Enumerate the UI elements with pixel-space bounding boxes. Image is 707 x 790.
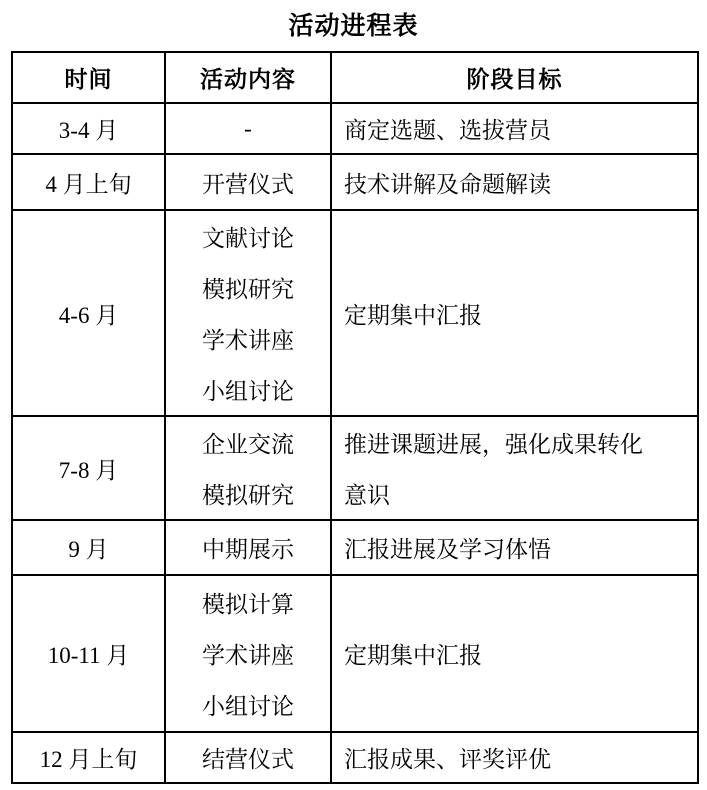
activity-line: 学术讲座	[166, 313, 330, 364]
activity-cell: 中期展示	[165, 520, 331, 575]
table-row: 4 月上旬 开营仪式 技术讲解及命题解读	[12, 154, 698, 210]
activity-line: 小组讨论	[166, 679, 330, 730]
table-row: 10-11 月 模拟计算 学术讲座 小组讨论 定期集中汇报	[12, 575, 698, 732]
table-header-row: 时间 活动内容 阶段目标	[12, 52, 698, 103]
column-header-activity: 活动内容	[165, 52, 331, 103]
activity-cell: -	[165, 103, 331, 154]
time-cell: 7-8 月	[12, 416, 165, 520]
time-cell: 3-4 月	[12, 103, 165, 154]
time-cell: 9 月	[12, 520, 165, 575]
page-title: 活动进程表	[0, 12, 707, 42]
time-cell: 12 月上旬	[12, 732, 165, 783]
table-row: 3-4 月 - 商定选题、选拔营员	[12, 103, 698, 154]
goal-line: 推进课题进展，强化成果转化	[344, 417, 691, 468]
table-row: 9 月 中期展示 汇报进展及学习体悟	[12, 520, 698, 575]
activity-cell: 模拟计算 学术讲座 小组讨论	[165, 575, 331, 732]
goal-cell: 商定选题、选拔营员	[331, 103, 698, 154]
table-row: 4-6 月 文献讨论 模拟研究 学术讲座 小组讨论 定期集中汇报	[12, 210, 698, 416]
activity-cell: 文献讨论 模拟研究 学术讲座 小组讨论	[165, 210, 331, 416]
activity-cell: 结营仪式	[165, 732, 331, 783]
goal-line: 意识	[344, 468, 691, 519]
goal-cell: 推进课题进展，强化成果转化 意识	[331, 416, 698, 520]
time-cell: 10-11 月	[12, 575, 165, 732]
table-row: 12 月上旬 结营仪式 汇报成果、评奖评优	[12, 732, 698, 783]
goal-cell: 技术讲解及命题解读	[331, 154, 698, 210]
activity-line: 文献讨论	[166, 211, 330, 262]
column-header-goal: 阶段目标	[331, 52, 698, 103]
goal-cell: 汇报进展及学习体悟	[331, 520, 698, 575]
time-cell: 4 月上旬	[12, 154, 165, 210]
time-cell: 4-6 月	[12, 210, 165, 416]
activity-line: 小组讨论	[166, 364, 330, 415]
activity-cell: 企业交流 模拟研究	[165, 416, 331, 520]
column-header-time: 时间	[12, 52, 165, 103]
activity-line: 模拟研究	[166, 468, 330, 519]
goal-cell: 汇报成果、评奖评优	[331, 732, 698, 783]
goal-cell: 定期集中汇报	[331, 210, 698, 416]
activity-line: 学术讲座	[166, 628, 330, 679]
activity-line: 模拟研究	[166, 262, 330, 313]
activity-line: 模拟计算	[166, 577, 330, 628]
activity-progress-table: 时间 活动内容 阶段目标 3-4 月 - 商定选题、选拔营员 4 月上旬 开营仪…	[11, 51, 699, 784]
activity-line: 企业交流	[166, 417, 330, 468]
goal-cell: 定期集中汇报	[331, 575, 698, 732]
activity-cell: 开营仪式	[165, 154, 331, 210]
table-row: 7-8 月 企业交流 模拟研究 推进课题进展，强化成果转化 意识	[12, 416, 698, 520]
